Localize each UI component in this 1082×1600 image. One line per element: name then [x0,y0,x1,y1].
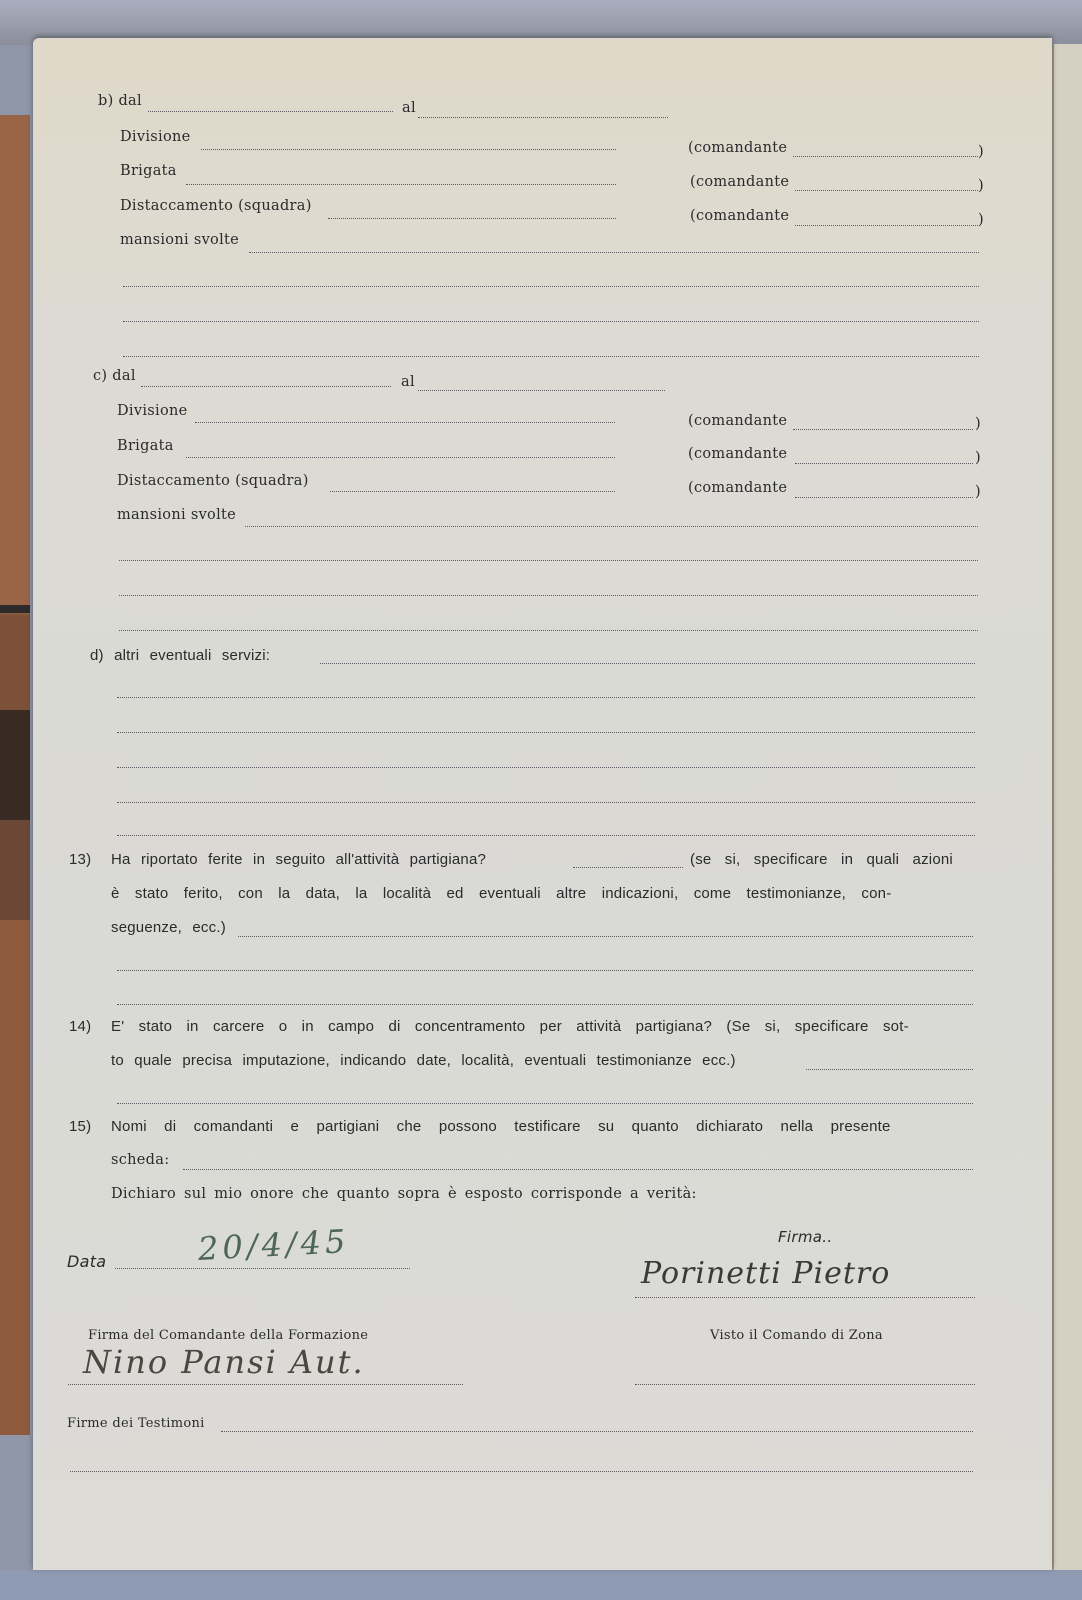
q14-line1: E' stato in carcere o in campo di concen… [111,1018,909,1035]
q14-number: 14) [69,1018,91,1035]
visto-comando-zona-field[interactable] [635,1384,975,1385]
section-c-mansioni-line[interactable] [119,560,978,561]
close-paren: ) [978,212,984,228]
section-b-comandante-3-label: (comandante [690,208,789,224]
q15-names-field[interactable] [183,1169,973,1170]
section-c-mansioni-line[interactable] [119,595,978,596]
section-b-dal-label: b) dal [98,93,142,109]
testimoni-line[interactable] [70,1471,973,1472]
section-b-mansioni-line[interactable] [123,321,979,322]
section-c-mansioni-field[interactable] [245,526,978,527]
section-c-mansioni-label: mansioni svolte [117,507,236,523]
section-c-comandante-3-field[interactable] [795,497,973,498]
section-c-distaccamento-label: Distaccamento (squadra) [117,473,309,489]
firma-signature: Porinetti Pietro [641,1256,890,1291]
section-c-comandante-2-label: (comandante [688,446,787,462]
section-b-divisione-label: Divisione [120,129,191,145]
section-c-comandante-2-field[interactable] [795,463,973,464]
section-b-divisione-field[interactable] [201,149,616,150]
visto-comando-zona-label: Visto il Comando di Zona [710,1328,883,1343]
q15-line1: Nomi di comandanti e partigiani che poss… [111,1118,891,1135]
binder-spine [0,115,30,1435]
q14-line2: to quale precisa imputazione, indicando … [111,1052,736,1069]
section-c-distaccamento-field[interactable] [330,491,615,492]
close-paren: ) [975,416,981,432]
data-handwritten-value: 20/4/45 [197,1222,350,1268]
section-b-comandante-1-label: (comandante [688,140,787,156]
section-c-dal-field[interactable] [141,386,391,387]
q15-number: 15) [69,1118,91,1135]
section-d-field[interactable] [320,663,975,664]
q15-line2: scheda: [111,1152,169,1168]
section-b-distaccamento-label: Distaccamento (squadra) [120,198,312,214]
q14-details-field[interactable] [806,1069,973,1070]
section-c-al-label: al [401,374,415,390]
q13-line1b: (se si, specificare in quali azioni [690,851,953,868]
section-b-mansioni-line[interactable] [123,286,979,287]
section-b-comandante-3-field[interactable] [795,225,978,226]
firma-label: Firma.. [778,1228,832,1246]
comandante-formazione-label: Firma del Comandante della Formazione [88,1328,368,1343]
section-b-comandante-2-field[interactable] [795,190,978,191]
testimoni-label: Firme dei Testimoni [67,1416,205,1431]
close-paren: ) [975,484,981,500]
section-c-brigata-field[interactable] [186,457,615,458]
section-b-comandante-2-label: (comandante [690,174,789,190]
q13-line3: seguenze, ecc.) [111,919,226,936]
q13-details-line[interactable] [117,970,973,971]
next-page-edge [1052,44,1082,1570]
section-b-mansioni-field[interactable] [249,252,979,253]
comandante-formazione-signature: Nino Pansi Aut. [83,1343,365,1381]
data-label: Data [67,1252,106,1271]
section-b-brigata-field[interactable] [186,184,616,185]
section-c-comandante-1-label: (comandante [688,413,787,429]
declaration-text: Dichiaro sul mio onore che quanto sopra … [111,1186,697,1202]
section-d-line[interactable] [117,732,975,733]
section-d-label: d) altri eventuali servizi: [90,647,270,664]
section-b-mansioni-line[interactable] [123,356,979,357]
section-b-mansioni-label: mansioni svolte [120,232,239,248]
close-paren: ) [978,178,984,194]
form-page: b) dal al Divisione (comandante ) Brigat… [33,38,1052,1570]
close-paren: ) [975,450,981,466]
data-field[interactable] [115,1268,410,1269]
section-d-line[interactable] [117,697,975,698]
background-bottom [0,1570,1082,1600]
section-c-divisione-field[interactable] [195,422,615,423]
section-d-line[interactable] [117,767,975,768]
section-b-al-label: al [402,100,416,116]
section-c-dal-label: c) dal [93,368,136,384]
testimoni-field[interactable] [221,1431,973,1432]
section-b-distaccamento-field[interactable] [328,218,616,219]
q13-details-line[interactable] [117,1004,973,1005]
section-c-mansioni-line[interactable] [119,630,978,631]
section-d-line[interactable] [117,802,975,803]
section-b-al-field[interactable] [418,117,668,118]
q13-line1a: Ha riportato ferite in seguito all'attiv… [111,851,486,868]
comandante-formazione-field[interactable] [68,1384,463,1385]
section-b-dal-field[interactable] [148,111,393,112]
q13-answer-field[interactable] [573,867,683,868]
section-c-comandante-3-label: (comandante [688,480,787,496]
q13-details-field[interactable] [238,936,973,937]
close-paren: ) [978,144,984,160]
q13-number: 13) [69,851,91,868]
section-b-brigata-label: Brigata [120,163,177,179]
section-c-brigata-label: Brigata [117,438,174,454]
q14-details-line[interactable] [117,1103,973,1104]
section-c-divisione-label: Divisione [117,403,188,419]
section-d-line[interactable] [117,835,975,836]
q13-line2: è stato ferito, con la data, la località… [111,885,891,902]
section-c-comandante-1-field[interactable] [793,429,973,430]
section-b-comandante-1-field[interactable] [793,156,978,157]
firma-field[interactable] [635,1297,975,1298]
section-c-al-field[interactable] [418,390,665,391]
